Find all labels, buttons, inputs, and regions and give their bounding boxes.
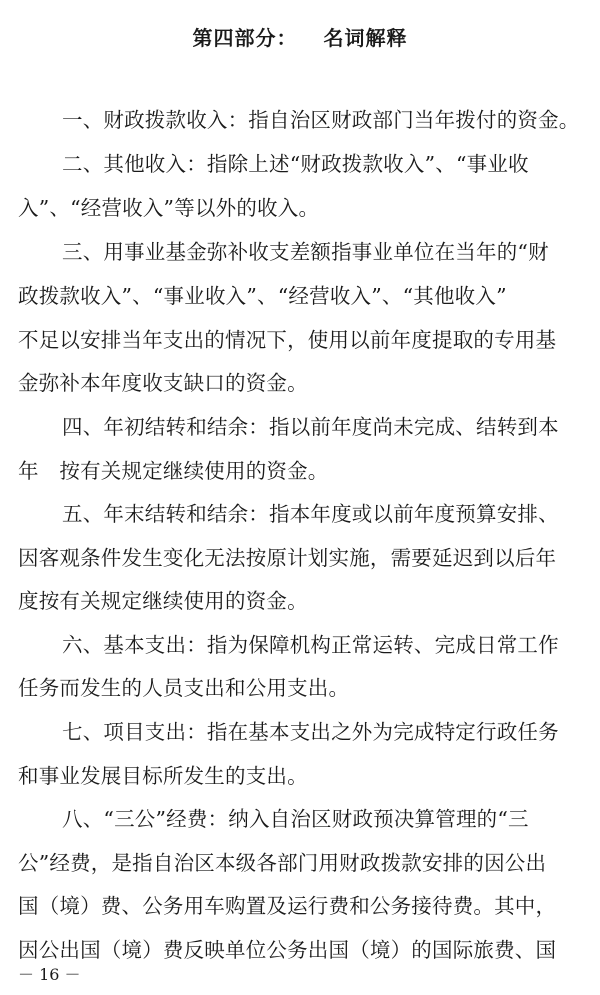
text-line: 金弥补本年度收支缺口的资金。	[18, 366, 588, 396]
title-name: 名词解释	[324, 26, 408, 50]
page-number: － 16 －	[18, 962, 81, 985]
text-line: 八、“三公”经费：纳入自治区财政预决算管理的“三	[62, 802, 600, 832]
text-line: 二、其他收入：指除上述“财政拨款收入”、“事业收	[62, 147, 600, 177]
text-line: 因公出国（境）费反映单位公务出国（境）的国际旅费、国	[18, 933, 588, 963]
text-line: 三、用事业基金弥补收支差额指事业单位在当年的“财	[62, 235, 600, 265]
title-part: 第四部分：	[193, 26, 298, 50]
text-line: 四、年初结转和结余：指以前年度尚未完成、结转到本	[62, 410, 600, 440]
text-line: 政拨款收入”、“事业收入”、“经营收入”、“其他收入”	[18, 279, 588, 309]
text-line: 因客观条件发生变化无法按原计划实施，需要延迟到以后年	[18, 541, 588, 571]
text-line: 和事业发展目标所发生的支出。	[18, 759, 588, 789]
text-line: 国（境）费、公务用车购置及运行费和公务接待费。其中，	[18, 889, 588, 919]
text-line: 公”经费，是指自治区本级各部门用财政拨款安排的因公出	[18, 846, 588, 876]
page-title: 第四部分：名词解释	[0, 22, 600, 51]
text-line: 任务而发生的人员支出和公用支出。	[18, 671, 588, 701]
text-line: 七、项目支出：指在基本支出之外为完成特定行政任务	[62, 715, 600, 745]
text-line: 年 按有关规定继续使用的资金。	[18, 454, 588, 484]
text-line: 六、基本支出：指为保障机构正常运转、完成日常工作	[62, 628, 600, 658]
text-line: 入”、“经营收入”等以外的收入。	[18, 191, 588, 221]
text-line: 五、年末结转和结余：指本年度或以前年度预算安排、	[62, 497, 600, 527]
text-line: 一、财政拨款收入：指自治区财政部门当年拨付的资金。	[62, 103, 600, 133]
text-line: 不足以安排当年支出的情况下，使用以前年度提取的专用基	[18, 323, 588, 353]
text-line: 度按有关规定继续使用的资金。	[18, 584, 588, 614]
